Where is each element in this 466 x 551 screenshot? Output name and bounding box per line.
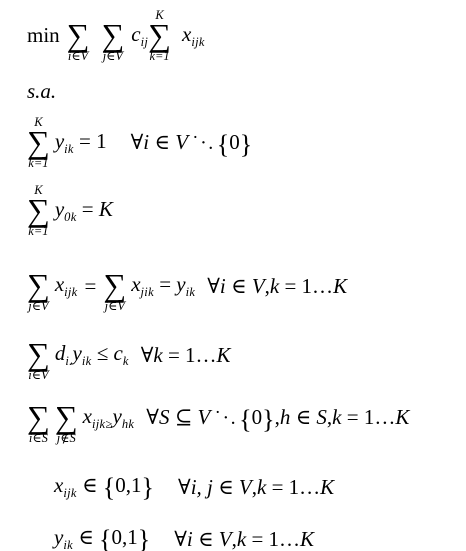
sum-lower-limit: j∈V bbox=[103, 49, 123, 63]
variable: V bbox=[175, 130, 188, 154]
set-element: 0 bbox=[252, 405, 263, 429]
sum-lower-limit: k=1 bbox=[28, 224, 48, 238]
sum-lower-limit: j∈V bbox=[105, 299, 125, 313]
less-equal-symbol: ≤ bbox=[97, 341, 109, 365]
left-brace: { bbox=[217, 130, 229, 159]
subject-to-label: s.a. bbox=[27, 78, 56, 104]
variable: d bbox=[55, 341, 66, 365]
variable: K bbox=[217, 343, 231, 367]
variable: c bbox=[114, 341, 123, 365]
variable: i bbox=[143, 130, 149, 154]
expression: xjik = yik bbox=[131, 271, 195, 301]
sigma-glyph: ∑ bbox=[101, 22, 124, 49]
variable: V bbox=[252, 274, 265, 298]
sigma-glyph: ∑ bbox=[27, 197, 50, 224]
expression: y0k = K bbox=[55, 196, 113, 226]
forall-clause: ∀i ∈ V,k = 1…K bbox=[174, 526, 314, 551]
element-of-symbol: ∈ bbox=[154, 130, 170, 154]
left-brace: { bbox=[99, 525, 111, 551]
variable: y bbox=[113, 404, 122, 428]
sum-lower-limit: k=1 bbox=[28, 156, 48, 170]
variable: S bbox=[316, 405, 327, 429]
right-brace: } bbox=[262, 405, 274, 434]
subscript: ijk bbox=[191, 35, 204, 49]
sigma-glyph: ∑ bbox=[148, 22, 171, 49]
variable: y bbox=[54, 525, 63, 549]
right-brace: } bbox=[138, 525, 150, 551]
sum-lower-limit: k=1 bbox=[149, 49, 169, 63]
expression: yik ∈ {0,1} bbox=[54, 524, 150, 551]
math-formulation-document: min ∑i∈V ∑j∈V cij K∑k=1 xijk s.a. K∑k=1 … bbox=[0, 0, 466, 551]
variable: V bbox=[239, 475, 252, 499]
range: = 1… bbox=[272, 475, 321, 499]
constraint-line-1: K∑k=1 yik = 1 ∀i ∈ V˙·.{0} bbox=[27, 115, 466, 170]
expression: yik = 1 bbox=[55, 128, 107, 158]
subset-symbol: ⊆ bbox=[175, 405, 193, 429]
expression: xijk bbox=[55, 271, 78, 301]
expression: di.yik ≤ ck bbox=[55, 340, 129, 370]
element-of-symbol: ∈ bbox=[198, 527, 214, 551]
variable: k bbox=[332, 405, 341, 429]
variable: K bbox=[99, 197, 113, 221]
variable: y bbox=[176, 272, 185, 296]
set-element: 0 bbox=[229, 130, 240, 154]
sum-operator: ∑j∈V bbox=[101, 8, 124, 63]
expression: xijk≥yhk bbox=[83, 403, 135, 433]
relation: = 1 bbox=[79, 129, 107, 153]
sum-lower-limit: j∉S bbox=[57, 431, 76, 445]
constraint-line-5: ∑i∈S ∑j∉S xijk≥yhk ∀S ⊆ V˙·.{0},h ∈ S,k … bbox=[27, 390, 466, 445]
sigma-glyph: ∑ bbox=[27, 404, 50, 431]
forall-clause: ∀i ∈ V˙·.{0} bbox=[131, 129, 253, 156]
set-minus-dots: ˙·. bbox=[214, 407, 237, 429]
left-brace: { bbox=[239, 405, 251, 434]
sigma-glyph: ∑ bbox=[27, 341, 50, 368]
cost-term: cij bbox=[131, 21, 148, 51]
domain-values: 0,1 bbox=[115, 473, 141, 497]
sum-lower-limit: j∈V bbox=[28, 299, 48, 313]
sum-operator: K∑k=1 bbox=[27, 183, 50, 238]
sigma-glyph: ∑ bbox=[27, 272, 50, 299]
subscript: ik bbox=[186, 285, 196, 299]
element-of-symbol: ∈ bbox=[82, 473, 98, 497]
variable: h bbox=[280, 405, 291, 429]
subscript: ijk bbox=[63, 486, 76, 500]
constraint-line-7: yik ∈ {0,1} ∀i ∈ V,k = 1…K bbox=[54, 524, 466, 551]
variable: y bbox=[55, 129, 64, 153]
sigma-glyph: ∑ bbox=[55, 404, 78, 431]
variable: V bbox=[219, 527, 232, 551]
range: = 1… bbox=[251, 527, 300, 551]
sigma-glyph: ∑ bbox=[27, 129, 50, 156]
variable: k bbox=[257, 475, 266, 499]
element-of-symbol: ∈ bbox=[296, 405, 312, 429]
variable: i, j bbox=[191, 475, 213, 499]
subscript: hk bbox=[122, 417, 134, 431]
domain-values: 0,1 bbox=[111, 525, 137, 549]
forall-symbol: ∀ bbox=[141, 343, 154, 367]
variable: c bbox=[131, 22, 140, 46]
variable: x bbox=[83, 404, 92, 428]
subscript: ij bbox=[141, 35, 149, 49]
sigma-glyph: ∑ bbox=[67, 22, 90, 49]
variable: K bbox=[300, 527, 314, 551]
sum-operator: ∑j∉S bbox=[55, 390, 78, 445]
left-brace: { bbox=[103, 473, 115, 502]
variable: x bbox=[182, 22, 191, 46]
forall-symbol: ∀ bbox=[131, 130, 144, 154]
element-of-symbol: ∈ bbox=[218, 475, 234, 499]
expression: xijk ∈ {0,1} bbox=[54, 472, 154, 502]
sum-lower-limit: i∈V bbox=[28, 368, 48, 382]
sum-operator: ∑i∈V bbox=[67, 8, 90, 63]
forall-symbol: ∀ bbox=[146, 405, 159, 429]
variable: K bbox=[320, 475, 334, 499]
decision-term: xijk bbox=[182, 21, 205, 51]
sigma-glyph: ∑ bbox=[103, 272, 126, 299]
range: = 1… bbox=[347, 405, 396, 429]
forall-symbol: ∀ bbox=[178, 475, 191, 499]
element-of-symbol: ∈ bbox=[78, 525, 94, 549]
subscript: jik bbox=[141, 285, 154, 299]
constraint-line-2: K∑k=1 y0k = K bbox=[27, 183, 466, 238]
subscript: i. bbox=[65, 354, 72, 368]
variable: i bbox=[220, 274, 226, 298]
set-minus-dots: ˙·. bbox=[192, 132, 215, 154]
variable: x bbox=[131, 272, 140, 296]
right-brace: } bbox=[240, 130, 252, 159]
relation: = bbox=[85, 273, 97, 299]
sum-operator: ∑i∈S bbox=[27, 390, 50, 445]
subscript: 0k bbox=[64, 210, 76, 224]
subscript: k bbox=[123, 354, 129, 368]
variable: k bbox=[153, 343, 162, 367]
variable: K bbox=[395, 405, 409, 429]
sum-lower-limit: i∈S bbox=[29, 431, 48, 445]
sum-operator: K∑k=1 bbox=[148, 8, 171, 63]
sum-operator: K∑k=1 bbox=[27, 115, 50, 170]
relation: = bbox=[82, 197, 94, 221]
sum-operator: ∑i∈V bbox=[27, 327, 50, 382]
subject-to-line: s.a. bbox=[27, 78, 466, 104]
subscript: ik bbox=[64, 142, 74, 156]
constraint-line-3: ∑j∈V xijk = ∑j∈V xjik = yik ∀i ∈ V,k = 1… bbox=[27, 258, 466, 313]
variable: y bbox=[55, 197, 64, 221]
subscript: ijk≥ bbox=[92, 417, 113, 431]
forall-symbol: ∀ bbox=[207, 274, 220, 298]
variable: x bbox=[55, 272, 64, 296]
forall-symbol: ∀ bbox=[174, 527, 187, 551]
forall-clause: ∀i ∈ V,k = 1…K bbox=[207, 273, 347, 299]
variable: k bbox=[270, 274, 279, 298]
variable: y bbox=[73, 341, 82, 365]
subscript: ijk bbox=[64, 285, 77, 299]
min-operator: min bbox=[27, 22, 60, 48]
constraint-line-6: xijk ∈ {0,1} ∀i, j ∈ V,k = 1…K bbox=[54, 472, 466, 502]
variable: K bbox=[333, 274, 347, 298]
variable: i bbox=[187, 527, 193, 551]
constraint-line-4: ∑i∈V di.yik ≤ ck ∀k = 1…K bbox=[27, 327, 466, 382]
subscript: ik bbox=[63, 538, 73, 551]
relation: = bbox=[159, 272, 171, 296]
variable: x bbox=[54, 473, 63, 497]
right-brace: } bbox=[142, 473, 154, 502]
forall-clause: ∀k = 1…K bbox=[141, 342, 231, 368]
sum-operator: ∑j∈V bbox=[103, 258, 126, 313]
range: = 1… bbox=[284, 274, 333, 298]
forall-clause: ∀i, j ∈ V,k = 1…K bbox=[178, 474, 334, 500]
objective-line: min ∑i∈V ∑j∈V cij K∑k=1 xijk bbox=[27, 8, 466, 63]
element-of-symbol: ∈ bbox=[231, 274, 247, 298]
forall-clause: ∀S ⊆ V˙·.{0},h ∈ S,k = 1…K bbox=[146, 404, 409, 431]
variable: k bbox=[237, 527, 246, 551]
variable: V bbox=[198, 405, 211, 429]
variable: S bbox=[159, 405, 170, 429]
subscript: ik bbox=[82, 354, 92, 368]
sum-operator: ∑j∈V bbox=[27, 258, 50, 313]
range: = 1… bbox=[168, 343, 217, 367]
sum-lower-limit: i∈V bbox=[68, 49, 88, 63]
